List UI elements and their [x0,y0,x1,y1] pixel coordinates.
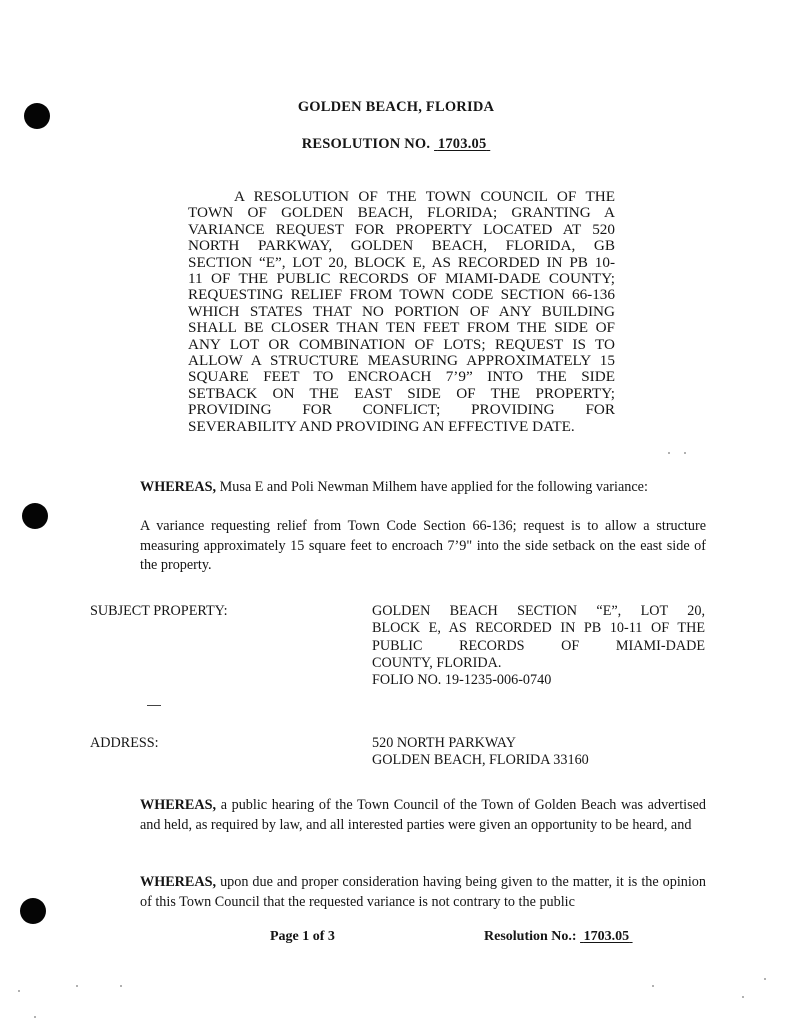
address-line: 520 NORTH PARKWAY [372,735,705,752]
caption-line: SEVERABILITY AND PROVIDING AN EFFECTIVE … [188,419,615,435]
footer-resolution-number: 1703.05 [580,929,633,944]
address-label: ADDRESS: [90,735,159,752]
caption-line: ANY LOT OR COMBINATION OF LOTS; REQUEST … [188,337,615,353]
subject-property-line: BLOCK E, AS RECORDED IN PB 10-11 OF THE [372,620,705,637]
caption-line: A RESOLUTION OF THE TOWN COUNCIL OF THE [188,189,615,205]
whereas-text: upon due and proper consideration having… [140,874,706,910]
document-page: GOLDEN BEACH, FLORIDA RESOLUTION NO. 170… [0,0,792,1024]
caption-line: TOWN OF GOLDEN BEACH, FLORIDA; GRANTING … [188,205,615,221]
resolution-label: RESOLUTION NO. [302,136,431,152]
scan-speck [742,996,744,998]
variance-description-paragraph: A variance requesting relief from Town C… [82,517,706,576]
hole-punch-mark [20,898,46,924]
subject-property-line: GOLDEN BEACH SECTION “E”, LOT 20, [372,603,705,620]
whereas-consideration-paragraph: WHEREAS, upon due and proper considerati… [82,873,706,912]
scan-speck [652,985,654,987]
caption-line: VARIANCE REQUEST FOR PROPERTY LOCATED AT… [188,222,615,238]
address-value: 520 NORTH PARKWAY GOLDEN BEACH, FLORIDA … [372,735,705,770]
subject-property-line: COUNTY, FLORIDA. [372,655,705,672]
whereas-public-hearing-paragraph: WHEREAS, a public hearing of the Town Co… [82,796,706,835]
footer-resolution-label: Resolution No.: [484,929,577,944]
subject-property-value: GOLDEN BEACH SECTION “E”, LOT 20, BLOCK … [372,603,705,689]
caption-line: SHALL BE CLOSER THAN TEN FEET FROM THE S… [188,320,615,336]
scan-speck [764,978,766,980]
resolution-caption: A RESOLUTION OF THE TOWN COUNCIL OF THE … [188,189,615,435]
scan-speck [668,452,670,454]
subject-property-line: PUBLIC RECORDS OF MIAMI-DADE [372,638,705,655]
caption-line: SETBACK ON THE EAST SIDE OF THE PROPERTY… [188,386,615,402]
resolution-number: 1703.05 [434,136,490,152]
caption-line: ALLOW A STRUCTURE MEASURING APPROXIMATEL… [188,353,615,369]
whereas-text: Musa E and Poli Newman Milhem have appli… [216,479,648,495]
caption-line: REQUESTING RELIEF FROM TOWN CODE SECTION… [188,287,615,303]
scan-speck [18,990,20,992]
scan-speck [76,985,78,987]
scan-speck [34,1016,36,1018]
page-number: Page 1 of 3 [270,929,335,945]
municipality-heading: GOLDEN BEACH, FLORIDA [0,99,792,116]
variance-description-text: A variance requesting relief from Town C… [82,517,706,576]
folio-number: FOLIO NO. 19-1235-006-0740 [372,672,705,689]
caption-line: NORTH PARKWAY, GOLDEN BEACH, FLORIDA, GB [188,238,615,254]
whereas-keyword: WHEREAS, [140,874,216,890]
caption-line: PROVIDING FOR CONFLICT; PROVIDING FOR [188,402,615,418]
stray-mark [147,705,161,706]
caption-line: 11 OF THE PUBLIC RECORDS OF MIAMI-DADE C… [188,271,615,287]
resolution-heading: RESOLUTION NO. 1703.05 [0,136,792,153]
whereas-keyword: WHEREAS, [140,797,216,813]
scan-speck [120,985,122,987]
hole-punch-mark [22,503,48,529]
scan-speck [684,452,686,454]
address-line: GOLDEN BEACH, FLORIDA 33160 [372,752,705,769]
caption-line: SECTION “E”, LOT 20, BLOCK E, AS RECORDE… [188,255,615,271]
whereas-keyword: WHEREAS, [140,479,216,495]
caption-line: SQUARE FEET TO ENCROACH 7’9” INTO THE SI… [188,369,615,385]
caption-line: WHICH STATES THAT NO PORTION OF ANY BUIL… [188,304,615,320]
whereas-text: a public hearing of the Town Council of … [140,797,706,833]
footer-resolution: Resolution No.: 1703.05 [484,929,633,945]
whereas-applicants-paragraph: WHEREAS, Musa E and Poli Newman Milhem h… [82,478,706,498]
subject-property-label: SUBJECT PROPERTY: [90,603,228,620]
